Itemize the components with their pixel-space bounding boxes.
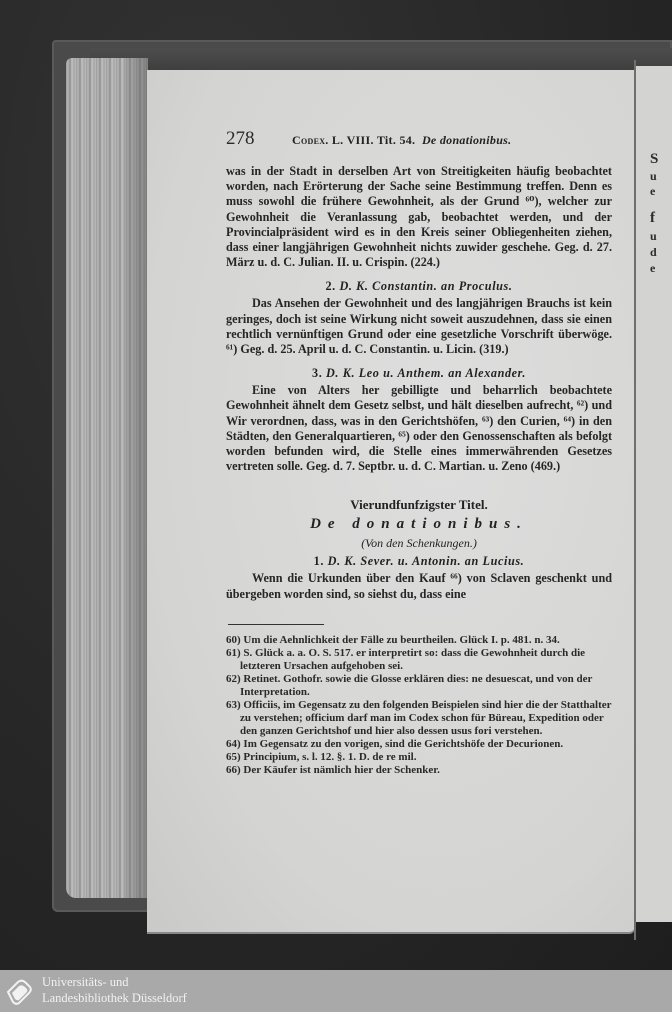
page-edges (66, 58, 148, 898)
footnote: 60) Um die Aehnlichkeit der Fälle zu beu… (226, 634, 612, 647)
title-block: Vierundfunfzigster Titel. De donationibu… (226, 496, 612, 552)
running-head-book: . L. VIII. Tit. 54. (325, 133, 415, 147)
section-title: D. K. Leo u. Anthem. an Alexander. (326, 366, 526, 380)
running-head-codex: Codex (292, 133, 325, 147)
book-logo-icon (4, 976, 34, 1006)
section-heading: 1. D. K. Sever. u. Antonin. an Lucius. (226, 554, 612, 568)
section-number: 3. (312, 366, 322, 380)
continuation-paragraph: was in der Stadt in derselben Art von St… (226, 164, 612, 270)
running-head-title: Codex. L. VIII. Tit. 54. De donationibus… (292, 133, 511, 148)
section-number: 2. (325, 279, 335, 293)
footnote: 65) Principium, s. l. 12. §. 1. D. de re… (226, 751, 612, 764)
running-head: 278 Codex. L. VIII. Tit. 54. De donation… (226, 128, 612, 152)
footnotes: 60) Um die Aehnlichkeit der Fälle zu beu… (226, 634, 612, 777)
section-title: D. K. Sever. u. Antonin. an Lucius. (328, 554, 525, 568)
right-page-fragment: u (650, 230, 657, 242)
section-title: D. K. Constantin. an Proculus. (339, 279, 512, 293)
right-page-fragment: e (650, 185, 655, 197)
book-gutter (634, 60, 636, 940)
library-name-line2: Landesbibliothek Düsseldorf (42, 990, 187, 1006)
right-page-fragment: d (650, 246, 657, 258)
footnote: 62) Retinet. Gothofr. sowie die Glosse e… (226, 673, 612, 699)
title-latin: De donationibus. (226, 513, 612, 535)
library-footer: Universitäts- und Landesbibliothek Düsse… (0, 970, 672, 1012)
library-name-line1: Universitäts- und (42, 974, 187, 990)
footnote-divider (228, 624, 324, 625)
right-page-fragment: S (650, 152, 658, 167)
right-page-fragment: f (650, 211, 655, 226)
running-head-subject: De donationibus. (422, 133, 512, 147)
section-heading: 2. D. K. Constantin. an Proculus. (226, 279, 612, 293)
section-number: 1. (314, 554, 324, 568)
footnote: 66) Der Käufer ist nämlich hier der Sche… (226, 764, 612, 777)
section-paragraph: Wenn die Urkunden über den Kauf ⁶⁶) von … (226, 571, 612, 601)
title-german: (Von den Schenkungen.) (226, 535, 612, 552)
footnote: 61) S. Glück a. a. O. S. 517. er interpr… (226, 647, 612, 673)
right-page-fragment: u (650, 170, 657, 182)
footnote: 64) Im Gegensatz zu den vorigen, sind di… (226, 738, 612, 751)
right-page-fragment: e (650, 262, 655, 274)
section-heading: 3. D. K. Leo u. Anthem. an Alexander. (226, 366, 612, 380)
footnote: 63) Officiis, im Gegensatz zu den folgen… (226, 699, 612, 738)
title-number: Vierundfunfzigster Titel. (226, 496, 612, 513)
library-name: Universitäts- und Landesbibliothek Düsse… (42, 974, 187, 1006)
page-number: 278 (226, 128, 292, 150)
section-paragraph: Eine von Alters her gebilligte und behar… (226, 383, 612, 474)
section-paragraph: Das Ansehen der Gewohnheit und des langj… (226, 296, 612, 357)
page-content: 278 Codex. L. VIII. Tit. 54. De donation… (226, 128, 612, 777)
